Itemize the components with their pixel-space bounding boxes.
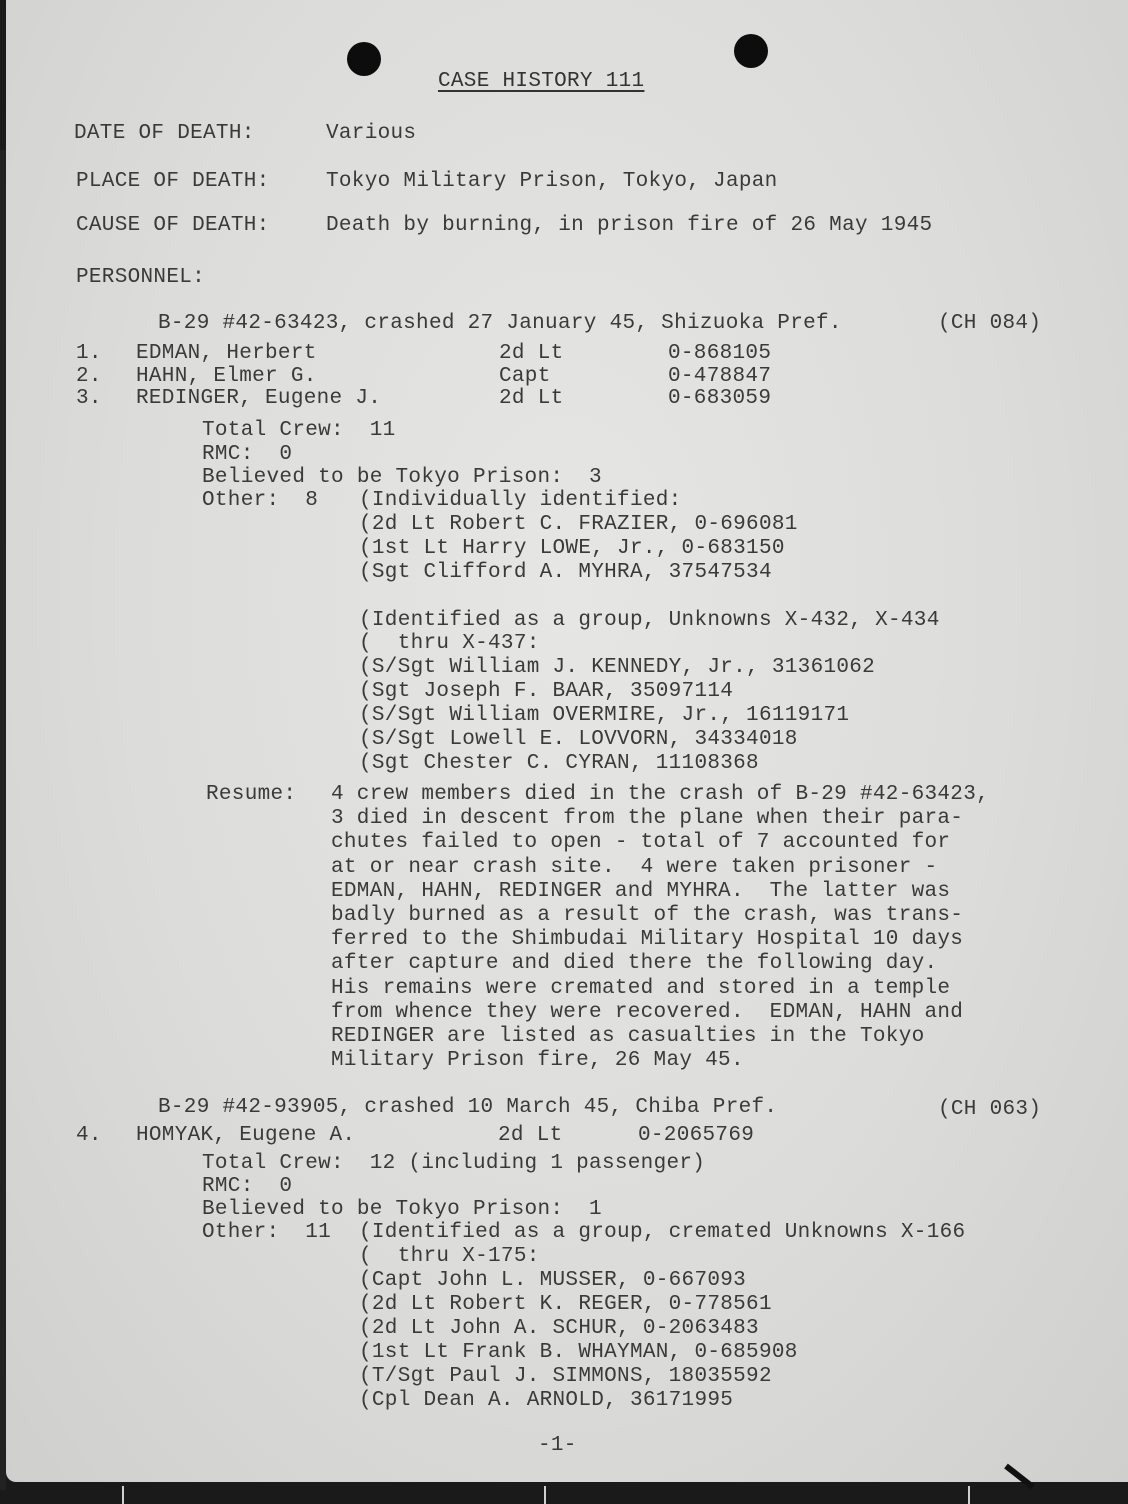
- personnel-name: REDINGER, Eugene J.: [136, 387, 381, 411]
- page-number: -1-: [538, 1434, 577, 1458]
- resume-line: Military Prison fire, 26 May 45.: [331, 1049, 744, 1073]
- case-1-total-crew: Total Crew: 11: [202, 419, 396, 443]
- document-page: CASE HISTORY 111 DATE OF DEATH: Various …: [6, 0, 1128, 1482]
- case-2-rmc: RMC: 0: [202, 1175, 292, 1199]
- other-crew-line: (T/Sgt Paul J. SIMMONS, 18035592: [359, 1365, 772, 1389]
- other-crew-line: (Identified as a group, Unknowns X-432, …: [359, 609, 940, 633]
- case-2-total-crew: Total Crew: 12 (including 1 passenger): [202, 1152, 705, 1176]
- case-1-rmc: RMC: 0: [202, 443, 292, 467]
- case-1-believed: Believed to be Tokyo Prison: 3: [202, 466, 602, 490]
- other-crew-line: (S/Sgt William J. KENNEDY, Jr., 31361062: [359, 656, 875, 680]
- resume-line: chutes failed to open - total of 7 accou…: [331, 831, 950, 855]
- place-of-death-label: PLACE OF DEATH:: [76, 170, 270, 194]
- resume-line: 4 crew members died in the crash of B-29…: [331, 783, 989, 807]
- personnel-number: 2.: [76, 365, 102, 389]
- resume-line: ferred to the Shimbudai Military Hospita…: [331, 928, 963, 952]
- date-of-death-label: DATE OF DEATH:: [74, 122, 255, 146]
- personnel-rank: 2d Lt: [499, 387, 564, 411]
- personnel-serial: 0-2065769: [638, 1124, 754, 1148]
- other-crew-line: (S/Sgt William OVERMIRE, Jr., 16119171: [359, 704, 849, 728]
- personnel-number: 3.: [76, 387, 102, 411]
- case-2-believed: Believed to be Tokyo Prison: 1: [202, 1198, 602, 1222]
- personnel-number: 1.: [76, 342, 102, 366]
- resume-line: at or near crash site. 4 were taken pris…: [331, 856, 937, 880]
- resume-line: REDINGER are listed as casualties in the…: [331, 1025, 925, 1049]
- personnel-label: PERSONNEL:: [76, 266, 205, 290]
- scan-edge: [0, 150, 6, 1490]
- cause-of-death-value: Death by burning, in prison fire of 26 M…: [326, 214, 932, 238]
- case-2-header: B-29 #42-93905, crashed 10 March 45, Chi…: [158, 1096, 777, 1120]
- case-1-ref: (CH 084): [938, 312, 1041, 336]
- other-crew-line: (Capt John L. MUSSER, 0-667093: [359, 1269, 746, 1293]
- personnel-rank: 2d Lt: [498, 1124, 563, 1148]
- personnel-serial: 0-683059: [668, 387, 771, 411]
- date-of-death-value: Various: [326, 122, 416, 146]
- personnel-rank: 2d Lt: [499, 342, 564, 366]
- other-crew-line: (1st Lt Frank B. WHAYMAN, 0-685908: [359, 1341, 798, 1365]
- other-crew-line: (Identified as a group, cremated Unknown…: [359, 1221, 965, 1245]
- scan-mark: [544, 1486, 546, 1504]
- case-2-ref: (CH 063): [938, 1098, 1041, 1122]
- document-title: CASE HISTORY 111: [438, 70, 644, 94]
- other-crew-line: (Cpl Dean A. ARNOLD, 36171995: [359, 1389, 733, 1413]
- personnel-name: HOMYAK, Eugene A.: [136, 1124, 355, 1148]
- resume-line: after capture and died there the followi…: [331, 952, 937, 976]
- personnel-serial: 0-478847: [668, 365, 771, 389]
- resume-line: His remains were cremated and stored in …: [331, 977, 950, 1001]
- cause-of-death-label: CAUSE OF DEATH:: [76, 214, 270, 238]
- scan-mark: [122, 1486, 124, 1504]
- case-2-other-label: Other: 11: [202, 1221, 331, 1245]
- other-crew-line: (Sgt Joseph F. BAAR, 35097114: [359, 680, 733, 704]
- personnel-name: HAHN, Elmer G.: [136, 365, 317, 389]
- other-crew-line: (2d Lt Robert K. REGER, 0-778561: [359, 1293, 772, 1317]
- other-crew-line: (Individually identified:: [359, 489, 682, 513]
- resume-line: from whence they were recovered. EDMAN, …: [331, 1001, 963, 1025]
- resume-line: 3 died in descent from the plane when th…: [331, 807, 963, 831]
- other-crew-line: (Sgt Chester C. CYRAN, 11108368: [359, 752, 759, 776]
- other-crew-line: ( thru X-437:: [359, 632, 540, 656]
- other-crew-line: (2d Lt John A. SCHUR, 0-2063483: [359, 1317, 759, 1341]
- personnel-serial: 0-868105: [668, 342, 771, 366]
- case-1-other-label: Other: 8: [202, 489, 318, 513]
- other-crew-line: (S/Sgt Lowell E. LOVVORN, 34334018: [359, 728, 798, 752]
- other-crew-line: (1st Lt Harry LOWE, Jr., 0-683150: [359, 537, 785, 561]
- other-crew-line: (Sgt Clifford A. MYHRA, 37547534: [359, 561, 772, 585]
- other-crew-line: ( thru X-175:: [359, 1245, 540, 1269]
- scan-mark: [968, 1486, 970, 1504]
- place-of-death-value: Tokyo Military Prison, Tokyo, Japan: [326, 170, 778, 194]
- punch-hole-left: [347, 42, 381, 76]
- personnel-number: 4.: [76, 1124, 102, 1148]
- resume-line: badly burned as a result of the crash, w…: [331, 904, 963, 928]
- punch-hole-right: [734, 34, 768, 68]
- personnel-name: EDMAN, Herbert: [136, 342, 317, 366]
- case-1-resume-label: Resume:: [206, 783, 296, 807]
- resume-line: EDMAN, HAHN, REDINGER and MYHRA. The lat…: [331, 880, 950, 904]
- case-1-header: B-29 #42-63423, crashed 27 January 45, S…: [158, 312, 842, 336]
- personnel-rank: Capt: [499, 365, 551, 389]
- other-crew-line: (2d Lt Robert C. FRAZIER, 0-696081: [359, 513, 798, 537]
